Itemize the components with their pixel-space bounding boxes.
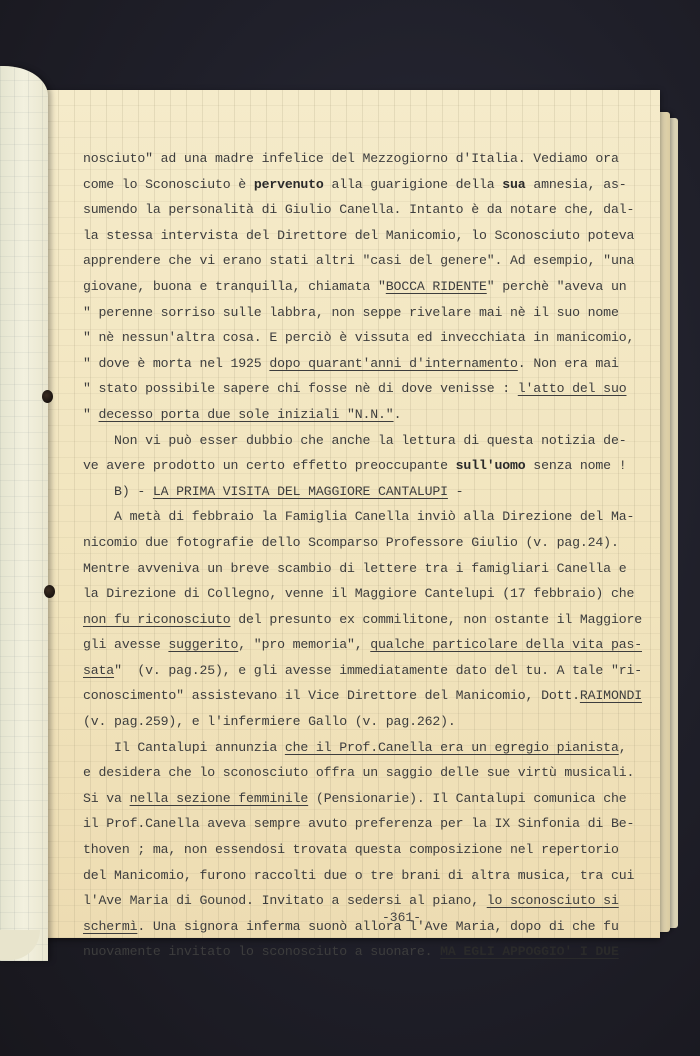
text-segment: . Una signora inferma suonò allora l'Ave…	[137, 919, 618, 934]
document-body: nosciuto" ad una madre infelice del Mezz…	[83, 146, 643, 965]
text-line: del Manicomio, furono raccolti due o tre…	[83, 863, 643, 889]
text-segment: e desidera che lo sconosciuto offra un s…	[83, 765, 634, 780]
underlined-text: non fu riconosciuto	[83, 612, 231, 627]
underlined-text: decesso porta due sole iniziali "N.N."	[99, 407, 394, 422]
text-segment: Si va	[83, 791, 130, 806]
text-segment: " stato possibile sapere chi fosse nè di…	[83, 381, 518, 396]
text-segment: sull'uomo	[456, 458, 526, 473]
text-segment: ve avere prodotto un certo effetto preoc…	[83, 458, 456, 473]
text-segment: " dove è morta nel 1925	[83, 356, 269, 371]
curled-previous-page	[0, 66, 48, 961]
text-segment: ,	[619, 740, 627, 755]
text-line: l'Ave Maria di Gounod. Invitato a seders…	[83, 888, 643, 914]
text-line: " dove è morta nel 1925 dopo quarant'ann…	[83, 351, 643, 377]
punch-hole-top	[42, 390, 53, 403]
text-line: Si va nella sezione femminile (Pensionar…	[83, 786, 643, 812]
underlined-text: BOCCA RIDENTE	[386, 279, 487, 294]
underlined-text: dopo quarant'anni d'internamento	[269, 356, 517, 371]
text-line: non fu riconosciuto del presunto ex comm…	[83, 607, 643, 633]
text-line: nosciuto" ad una madre infelice del Mezz…	[83, 146, 643, 172]
text-segment: (Pensionarie). Il Cantalupi comunica che	[308, 791, 626, 806]
underlined-text: lo sconosciuto si	[487, 893, 619, 908]
text-line: (v. pag.259), e l'infermiere Gallo (v. p…	[83, 709, 643, 735]
text-line: thoven ; ma, non essendosi trovata quest…	[83, 837, 643, 863]
text-line: sumendo la personalità di Giulio Canella…	[83, 197, 643, 223]
text-line: nicomio due fotografie dello Scomparso P…	[83, 530, 643, 556]
underlined-text: sata	[83, 663, 114, 678]
text-segment: gli avesse	[83, 637, 168, 652]
text-segment: del presunto ex commilitone, non ostante…	[231, 612, 642, 627]
text-segment: come lo Sconosciuto è	[83, 177, 254, 192]
punch-hole-bottom	[44, 585, 55, 598]
underlined-text: MA EGLI APPOGGIO' I DUE	[440, 944, 619, 959]
text-segment: Mentre avveniva un breve scambio di lett…	[83, 561, 626, 576]
text-segment: la Direzione di Collegno, venne il Maggi…	[83, 586, 634, 601]
text-segment: B) -	[83, 484, 153, 499]
text-segment: alla guarigione della	[324, 177, 503, 192]
text-line: Non vi può esser dubbio che anche la let…	[83, 428, 643, 454]
text-line: conoscimento" assistevano il Vice Dirett…	[83, 683, 643, 709]
text-segment: la stessa intervista del Direttore del M…	[83, 228, 634, 243]
text-segment: conoscimento" assistevano il Vice Dirett…	[83, 688, 580, 703]
text-line: ve avere prodotto un certo effetto preoc…	[83, 453, 643, 479]
text-line: come lo Sconosciuto è pervenuto alla gua…	[83, 172, 643, 198]
text-segment: apprendere che vi erano stati altri "cas…	[83, 253, 634, 268]
underlined-text: l'atto del suo	[518, 381, 627, 396]
underlined-text: qualche particolare della vita pas-	[370, 637, 642, 652]
text-line: la Direzione di Collegno, venne il Maggi…	[83, 581, 643, 607]
text-segment: (v. pag.259), e l'infermiere Gallo (v. p…	[83, 714, 456, 729]
text-line: e desidera che lo sconosciuto offra un s…	[83, 760, 643, 786]
underlined-text: LA PRIMA VISITA DEL MAGGIORE CANTALUPI	[153, 484, 448, 499]
text-segment: " perchè "aveva un	[487, 279, 627, 294]
text-line: Mentre avveniva un breve scambio di lett…	[83, 556, 643, 582]
text-line: " perenne sorriso sulle labbra, non sepp…	[83, 300, 643, 326]
text-line: sata" (v. pag.25), e gli avesse immediat…	[83, 658, 643, 684]
text-segment: sumendo la personalità di Giulio Canella…	[83, 202, 634, 217]
text-segment: -	[448, 484, 464, 499]
text-segment: " (v. pag.25), e gli avesse immediatamen…	[114, 663, 642, 678]
text-segment: nicomio due fotografie dello Scomparso P…	[83, 535, 619, 550]
text-segment: Non vi può esser dubbio che anche la let…	[83, 433, 626, 448]
text-segment: amnesia, as-	[526, 177, 627, 192]
text-line: A metà di febbraio la Famiglia Canella i…	[83, 504, 643, 530]
text-line: schermì. Una signora inferma suonò allor…	[83, 914, 643, 940]
underlined-text: schermì	[83, 919, 137, 934]
text-segment: .	[394, 407, 402, 422]
text-line: nuovamente invitato lo sconosciuto a suo…	[83, 939, 643, 965]
text-line: giovane, buona e tranquilla, chiamata "B…	[83, 274, 643, 300]
text-line: " nè nessun'altra cosa. E perciò è vissu…	[83, 325, 643, 351]
text-segment: pervenuto	[254, 177, 324, 192]
text-segment: nuovamente invitato lo sconosciuto a suo…	[83, 944, 440, 959]
text-segment: " nè nessun'altra cosa. E perciò è vissu…	[83, 330, 634, 345]
underlined-text: RAIMONDI	[580, 688, 642, 703]
text-line: Il Cantalupi annunzia che il Prof.Canell…	[83, 735, 643, 761]
underlined-text: suggerito	[168, 637, 238, 652]
text-line: apprendere che vi erano stati altri "cas…	[83, 248, 643, 274]
text-segment: il Prof.Canella aveva sempre avuto prefe…	[83, 816, 634, 831]
text-segment: l'Ave Maria di Gounod. Invitato a seders…	[83, 893, 487, 908]
text-segment: nosciuto" ad una madre infelice del Mezz…	[83, 151, 619, 166]
text-line: gli avesse suggerito, "pro memoria", qua…	[83, 632, 643, 658]
underlined-text: nella sezione femminile	[130, 791, 309, 806]
text-line: B) - LA PRIMA VISITA DEL MAGGIORE CANTAL…	[83, 479, 643, 505]
text-line: il Prof.Canella aveva sempre avuto prefe…	[83, 811, 643, 837]
text-segment: . Non era mai	[518, 356, 619, 371]
text-segment: senza nome !	[526, 458, 627, 473]
text-segment: del Manicomio, furono raccolti due o tre…	[83, 868, 634, 883]
text-segment: " perenne sorriso sulle labbra, non sepp…	[83, 305, 619, 320]
page-number: -361-	[382, 910, 421, 925]
text-segment: giovane, buona e tranquilla, chiamata "	[83, 279, 386, 294]
text-line: la stessa intervista del Direttore del M…	[83, 223, 643, 249]
text-segment: "	[83, 407, 99, 422]
text-segment: sua	[502, 177, 525, 192]
text-segment: A metà di febbraio la Famiglia Canella i…	[83, 509, 634, 524]
text-segment: , "pro memoria",	[238, 637, 370, 652]
text-segment: thoven ; ma, non essendosi trovata quest…	[83, 842, 619, 857]
underlined-text: che il Prof.Canella era un egregio piani…	[285, 740, 619, 755]
text-line: " decesso porta due sole iniziali "N.N."…	[83, 402, 643, 428]
text-line: " stato possibile sapere chi fosse nè di…	[83, 376, 643, 402]
text-segment: Il Cantalupi annunzia	[83, 740, 285, 755]
